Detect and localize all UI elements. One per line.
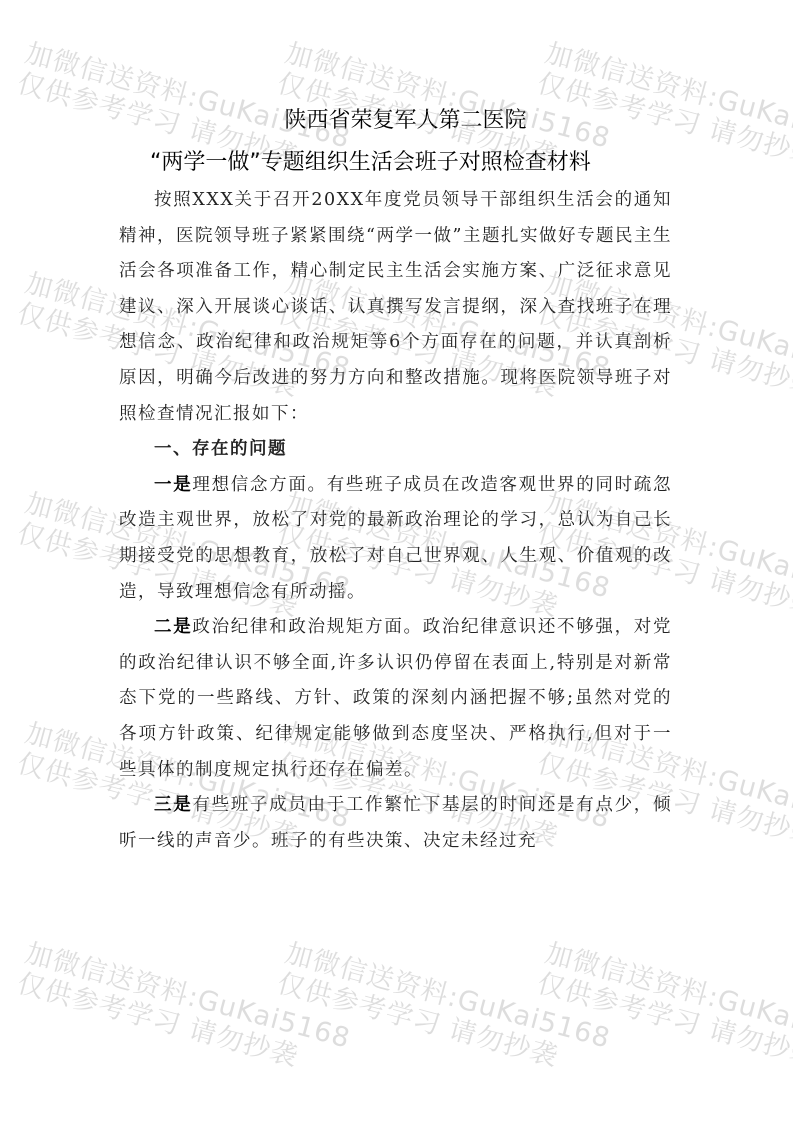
section1-heading: 一、存在的问题 [154,439,287,459]
issue-lead-2: 二是 [154,617,192,637]
section-heading: 一、存在的问题 [119,432,672,468]
issue-text-1: 理想信念方面。有些班子成员在改造客观世界的同时疏忽改造主观世界，放松了对党的最新… [119,475,672,602]
issue-text-3: 有些班子成员由于工作繁忙下基层的时间还是有点少，倾听一线的声音少。班子的有些决策… [119,795,672,851]
issue-paragraph-1: 一是理想信念方面。有些班子成员在改造客观世界的同时疏忽改造主观世界，放松了对党的… [119,468,672,610]
issue-paragraph-3: 三是有些班子成员由于工作繁忙下基层的时间还是有点少，倾听一线的声音少。班子的有些… [119,788,672,859]
issue-lead-3: 三是 [154,795,192,815]
issue-lead-1: 一是 [154,475,192,495]
document-title-organization: 陕西省荣复军人第二医院 [0,103,793,134]
document-body: 按照XXX关于召开20XX年度党员领导干部组织生活会的通知精神，医院领导班子紧紧… [119,183,672,859]
document-title-subject: “两学一做”专题组织生活会班子对照检查材料 [150,145,591,176]
intro-paragraph: 按照XXX关于召开20XX年度党员领导干部组织生活会的通知精神，医院领导班子紧紧… [119,183,672,432]
issue-text-2: 政治纪律和政治规矩方面。政治纪律意识还不够强，对党的政治纪律认识不够全面,许多认… [119,617,672,779]
document-page: 陕西省荣复军人第二医院 “两学一做”专题组织生活会班子对照检查材料 按照XXX关… [0,0,793,1122]
issue-paragraph-2: 二是政治纪律和政治规矩方面。政治纪律意识还不够强，对党的政治纪律认识不够全面,许… [119,610,672,788]
